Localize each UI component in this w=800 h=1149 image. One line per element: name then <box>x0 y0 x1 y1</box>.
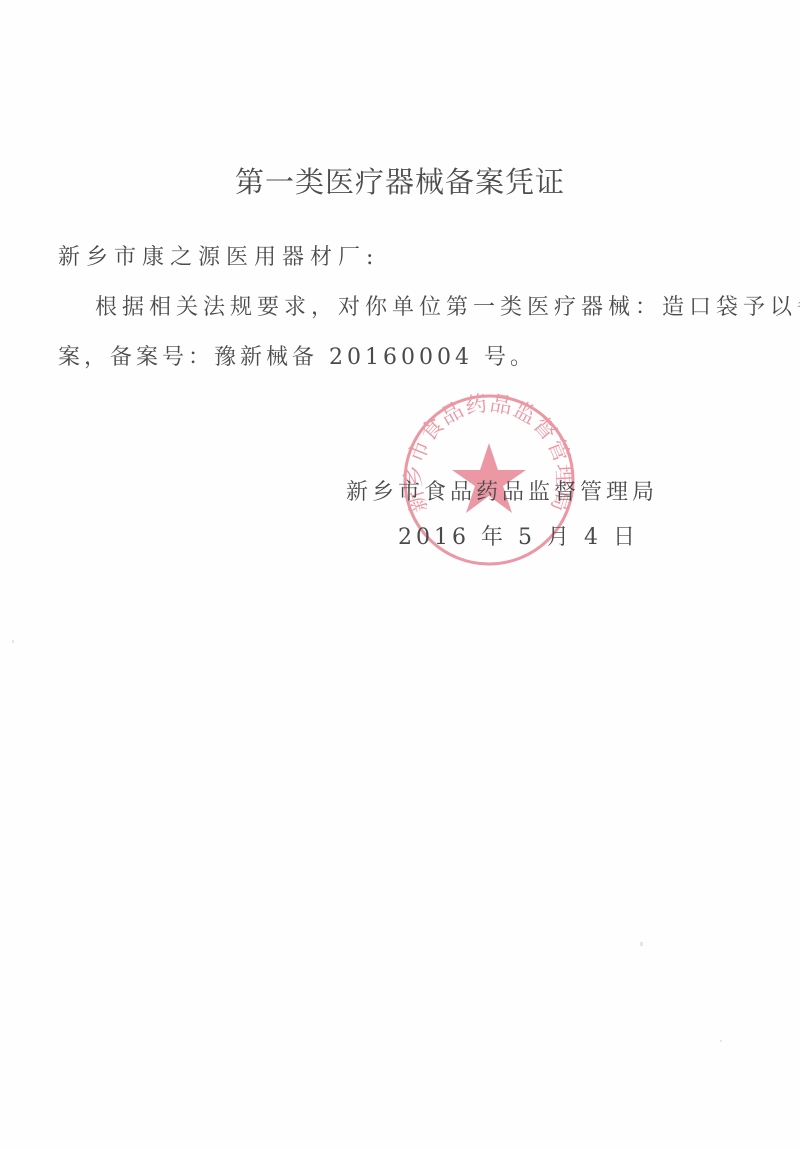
scan-artifact <box>640 942 643 946</box>
body-paragraph-line-2: 案，备案号：豫新械备 20160004 号。 <box>58 340 536 371</box>
addressee: 新乡市康之源医用器材厂: <box>58 240 379 271</box>
scan-artifact <box>720 1040 722 1042</box>
document-title: 第一类医疗器械备案凭证 <box>0 160 800 201</box>
issuing-authority: 新乡市食品药品监督管理局 <box>346 475 658 506</box>
body-paragraph-line-1: 根据相关法规要求，对你单位第一类医疗器械：造口袋予以备 <box>95 290 800 321</box>
document-page: 第一类医疗器械备案凭证 新乡市康之源医用器材厂: 根据相关法规要求，对你单位第一… <box>0 0 800 1149</box>
issue-date: 2016 年 5 月 4 日 <box>398 520 639 551</box>
scan-artifact <box>12 640 14 643</box>
